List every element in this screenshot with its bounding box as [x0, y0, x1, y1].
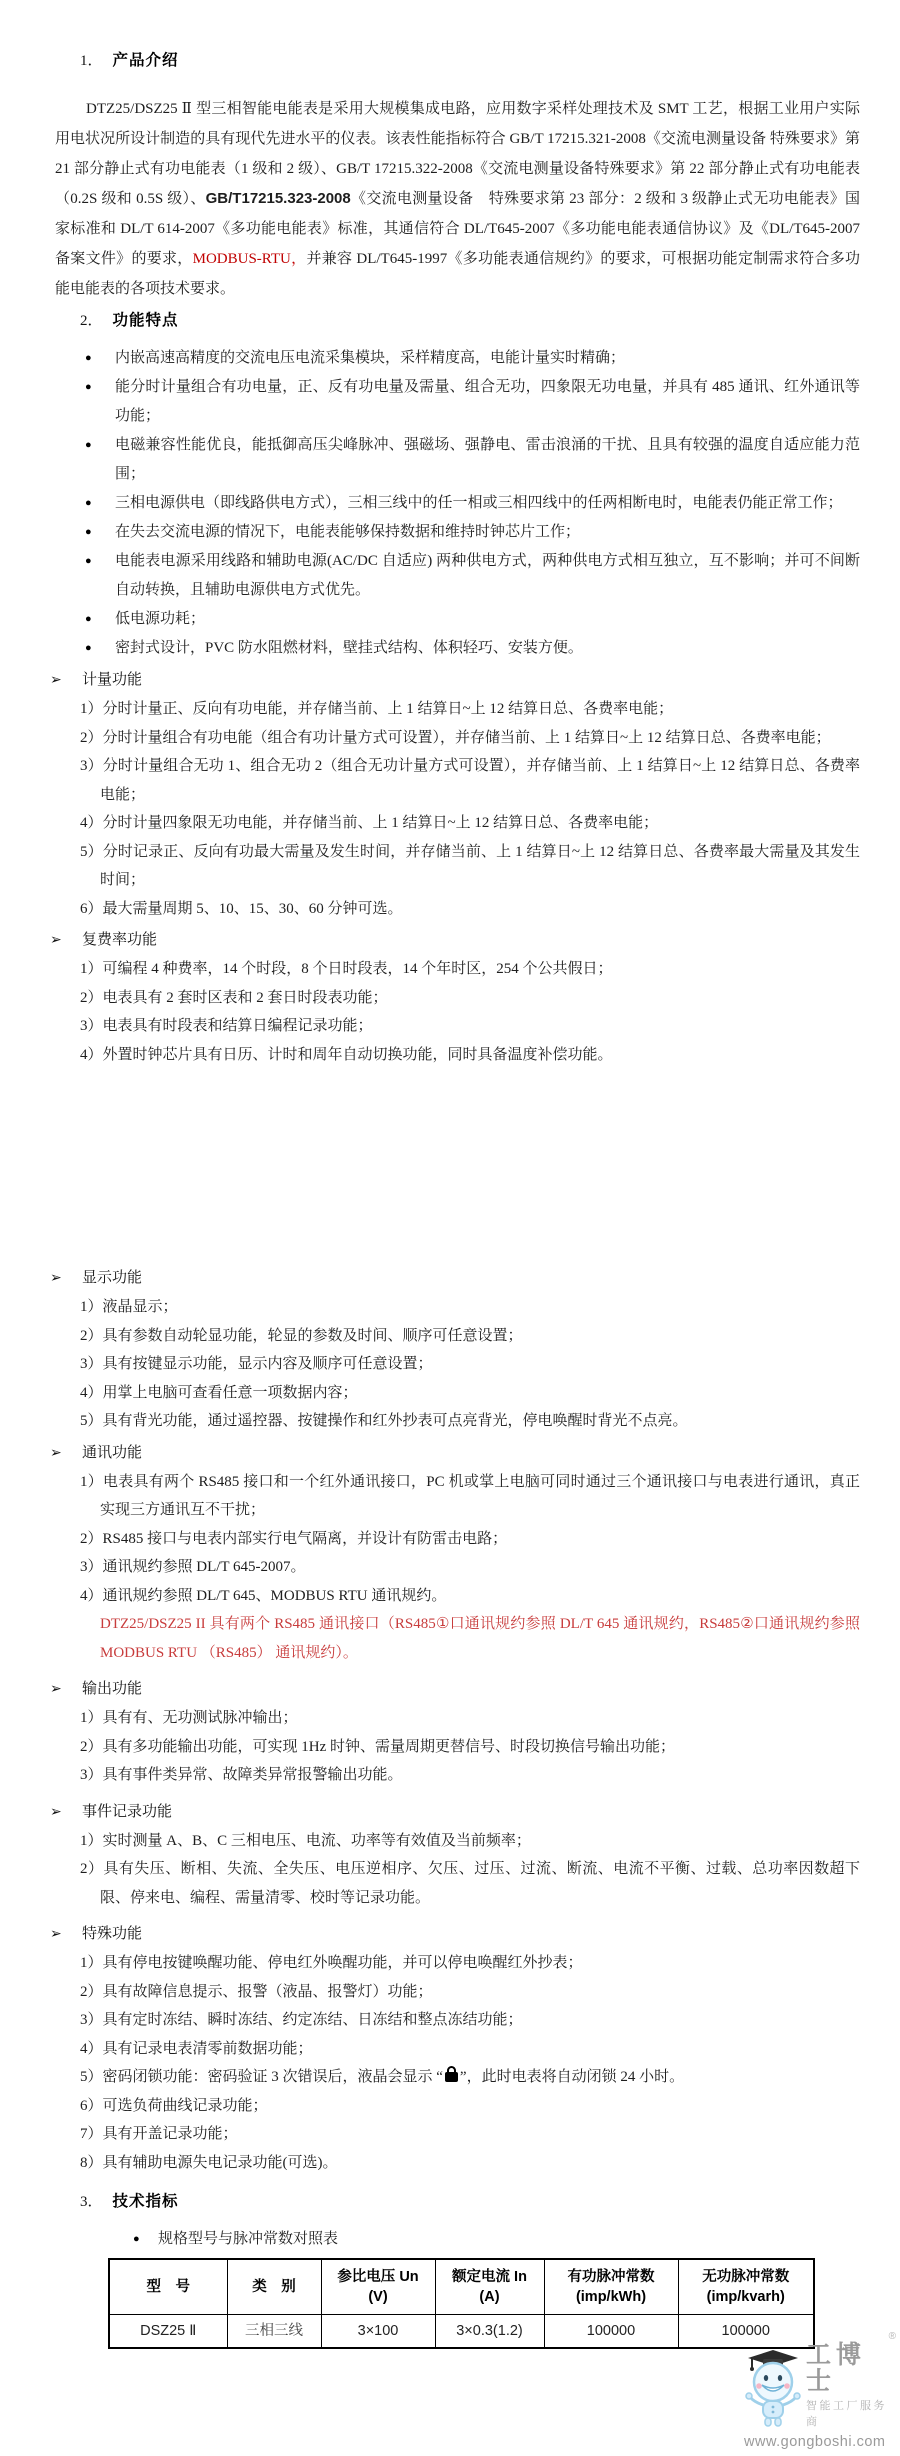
watermark-top-row: ® 工博士 智能工厂服务商	[744, 2331, 894, 2430]
table-header-cell: 有功脉冲常数(imp/kWh)	[544, 2259, 678, 2315]
spec-table: 型 号 类 别 参比电压 Un(V) 额定电流 In(A) 有功脉冲常数(imp…	[108, 2258, 815, 2349]
gongboshi-robot-icon	[744, 2342, 802, 2430]
list-item: 1）可编程 4 种费率，14 个时段，8 个日时段表，14 个年时区，254 个…	[50, 955, 860, 984]
list-item: 3）分时计量组合无功 1、组合无功 2（组合无功计量方式可设置），并存储当前、上…	[50, 752, 860, 809]
intro-paragraph: DTZ25/DSZ25 Ⅱ 型三相智能电能表是采用大规模集成电路，应用数字采样处…	[55, 94, 860, 304]
list-item: 3）具有事件类异常、故障类异常报警输出功能。	[50, 1761, 860, 1790]
list-item: 5）分时记录正、反向有功最大需量及发生时间，并存储当前、上 1 结算日~上 12…	[50, 838, 860, 895]
bullet-icon: ●	[85, 431, 92, 460]
list-item: ●三相电源供电（即线路供电方式），三相三线中的任一相或三相四线中的任两相断电时，…	[50, 489, 860, 518]
list-item: 5）具有背光功能，通过遥控器、按键操作和红外抄表可点亮背光，停电唤醒时背光不点亮…	[50, 1407, 860, 1436]
page-break-gap	[50, 1069, 860, 1261]
subsection-title: 复费率功能	[82, 932, 157, 948]
bullet-icon: ●	[133, 2225, 140, 2254]
list-item: 3）具有定时冻结、瞬时冻结、约定冻结、日冻结和整点冻结功能；	[50, 2006, 860, 2035]
subsection-title: 通讯功能	[82, 1445, 142, 1461]
document-body: 1．产品介绍 DTZ25/DSZ25 Ⅱ 型三相智能电能表是采用大规模集成电路，…	[0, 0, 900, 2349]
table-header-cell: 类 别	[227, 2259, 321, 2315]
table-cell-voltage: 3×100	[321, 2315, 435, 2349]
list-item: 4）具有记录电表清零前数据功能；	[50, 2035, 860, 2064]
arrow-bullet-icon: ➢	[50, 1798, 62, 1827]
bullet-text: 密封式设计，PVC 防水阻燃材料，壁挂式结构、体积轻巧、安装方便。	[115, 640, 583, 656]
list-item: ●电磁兼容性能优良，能抵御高压尖峰脉冲、强磁场、强静电、雷击浪涌的干扰、且具有较…	[50, 431, 860, 489]
table-cell-current: 3×0.3(1.2)	[435, 2315, 544, 2349]
heading-number: 1．	[80, 53, 103, 69]
bullet-icon: ●	[85, 344, 92, 373]
list-item: ●能分时计量组合有功电量，正、反有功电量及需量、组合无功，四象限无功电量，并具有…	[50, 373, 860, 431]
registered-trademark-icon: ®	[889, 2331, 896, 2342]
list-item: ●密封式设计，PVC 防水阻燃材料，壁挂式结构、体积轻巧、安装方便。	[50, 634, 860, 663]
list-item-password-lock: 5）密码闭锁功能：密码验证 3 次错误后，液晶会显示 “”，此时电表将自动闭锁 …	[50, 2063, 860, 2092]
heading-title: 技术指标	[113, 2193, 179, 2210]
section-heading-2: 2．功能特点	[80, 310, 860, 332]
gongboshi-watermark: ® 工博士 智能工厂服务商 www.gongboshi.com	[744, 2331, 894, 2452]
subsection-title-row: ➢输出功能	[50, 1675, 860, 1704]
subsection-title-row: ➢计量功能	[50, 666, 860, 695]
list-item: 2）电表具有 2 套时区表和 2 套日时段表功能；	[50, 984, 860, 1013]
arrow-bullet-icon: ➢	[50, 1264, 62, 1293]
list-item: 2）具有故障信息提示、报警（液晶、报警灯）功能；	[50, 1978, 860, 2007]
table-header-cell: 型 号	[109, 2259, 227, 2315]
heading-number: 3．	[80, 2194, 103, 2210]
arrow-bullet-icon: ➢	[50, 1439, 62, 1468]
subsection-title: 计量功能	[82, 672, 142, 688]
heading-title: 功能特点	[113, 312, 179, 329]
list-item: 6）可选负荷曲线记录功能；	[50, 2092, 860, 2121]
list-item: 6）最大需量周期 5、10、15、30、60 分钟可选。	[50, 895, 860, 924]
feature-list: ●内嵌高速高精度的交流电压电流采集模块，采样精度高，电能计量实时精确； ●能分时…	[50, 344, 860, 663]
bullet-text: 能分时计量组合有功电量，正、反有功电量及需量、组合无功，四象限无功电量，并具有 …	[115, 379, 860, 424]
arrow-bullet-icon: ➢	[50, 666, 62, 695]
table-header-cell: 额定电流 In(A)	[435, 2259, 544, 2315]
header-line1: 额定电流 In	[436, 2267, 544, 2287]
arrow-bullet-icon: ➢	[50, 1675, 62, 1704]
watermark-tagline: 智能工厂服务商	[806, 2398, 894, 2430]
list-item: 4）外置时钟芯片具有日历、计时和周年自动切换功能，同时具备温度补偿功能。	[50, 1041, 860, 1070]
list-item: 1）分时计量正、反向有功电能，并存储当前、上 1 结算日~上 12 结算日总、各…	[50, 695, 860, 724]
list-item: 2）分时计量组合有功电能（组合有功计量方式可设置），并存储当前、上 1 结算日~…	[50, 724, 860, 753]
list-item: 2）具有多功能输出功能，可实现 1Hz 时钟、需量周期更替信号、时段切换信号输出…	[50, 1733, 860, 1762]
watermark-brand: 工博士	[806, 2343, 894, 2395]
header-line2: (imp/kvarh)	[679, 2287, 814, 2307]
document-page: { "page": {"width": 900, "height": 2456,…	[0, 0, 900, 2456]
table-caption-row: ●规格型号与脉冲常数对照表	[50, 2225, 860, 2254]
item-text: ”，此时电表将自动闭锁 24 小时。	[460, 2069, 684, 2085]
subsection-display: ➢显示功能 1）液晶显示； 2）具有参数自动轮显功能，轮显的参数及时间、顺序可任…	[50, 1264, 860, 1436]
table-header-cell: 无功脉冲常数(imp/kvarh)	[678, 2259, 814, 2315]
table-header-cell: 参比电压 Un(V)	[321, 2259, 435, 2315]
bullet-text: 低电源功耗；	[115, 611, 205, 627]
heading-number: 2．	[80, 313, 103, 329]
section-heading-3: 3．技术指标	[80, 2191, 860, 2213]
subsection-tariff: ➢复费率功能 1）可编程 4 种费率，14 个时段，8 个日时段表，14 个年时…	[50, 926, 860, 1069]
list-item: 3）电表具有时段表和结算日编程记录功能；	[50, 1012, 860, 1041]
arrow-bullet-icon: ➢	[50, 926, 62, 955]
header-line1: 型 号	[110, 2277, 227, 2297]
header-line1: 类 别	[228, 2277, 321, 2297]
intro-modbus-red: MODBUS-RTU，	[193, 251, 307, 267]
bullet-icon: ●	[85, 518, 92, 547]
subsection-title-row: ➢事件记录功能	[50, 1798, 860, 1827]
arrow-bullet-icon: ➢	[50, 1920, 62, 1949]
header-line2: (A)	[436, 2287, 544, 2307]
subsection-title-row: ➢特殊功能	[50, 1920, 860, 1949]
table-header-row: 型 号 类 别 参比电压 Un(V) 额定电流 In(A) 有功脉冲常数(imp…	[109, 2259, 814, 2315]
subsection-title-row: ➢复费率功能	[50, 926, 860, 955]
subsection-comm: ➢通讯功能 1）电表具有两个 RS485 接口和一个红外通讯接口，PC 机或掌上…	[50, 1439, 860, 1668]
header-line1: 参比电压 Un	[322, 2267, 435, 2287]
heading-title: 产品介绍	[113, 52, 179, 69]
header-line1: 有功脉冲常数	[545, 2267, 678, 2287]
subsection-title: 事件记录功能	[82, 1804, 172, 1820]
table-cell-active-const: 100000	[544, 2315, 678, 2349]
table-cell-category: 三相三线	[227, 2315, 321, 2349]
subsection-metering: ➢计量功能 1）分时计量正、反向有功电能，并存储当前、上 1 结算日~上 12 …	[50, 666, 860, 923]
list-item: ●内嵌高速高精度的交流电压电流采集模块，采样精度高，电能计量实时精确；	[50, 344, 860, 373]
bullet-text: 电磁兼容性能优良，能抵御高压尖峰脉冲、强磁场、强静电、雷击浪涌的干扰、且具有较强…	[115, 437, 860, 482]
bullet-icon: ●	[85, 605, 92, 634]
header-line1: 无功脉冲常数	[679, 2267, 814, 2287]
watermark-brand-block: ® 工博士 智能工厂服务商	[806, 2331, 894, 2430]
list-item: 1）电表具有两个 RS485 接口和一个红外通讯接口，PC 机或掌上电脑可同时通…	[50, 1468, 860, 1525]
list-item: 2）具有失压、断相、失流、全失压、电压逆相序、欠压、过压、过流、断流、电流不平衡…	[50, 1855, 860, 1912]
header-line2: (imp/kWh)	[545, 2287, 678, 2307]
bullet-text: 内嵌高速高精度的交流电压电流采集模块，采样精度高，电能计量实时精确；	[115, 350, 625, 366]
list-item: 7）具有开盖记录功能；	[50, 2120, 860, 2149]
bullet-icon: ●	[85, 634, 92, 663]
subsection-title: 输出功能	[82, 1681, 142, 1697]
bullet-icon: ●	[85, 547, 92, 576]
bullet-text: 在失去交流电源的情况下，电能表能够保持数据和维持时钟芯片工作；	[115, 524, 580, 540]
item-text: 5）密码闭锁功能：密码验证 3 次错误后，液晶会显示 “	[80, 2069, 443, 2085]
subsection-title: 显示功能	[82, 1270, 142, 1286]
list-item: 1）具有有、无功测试脉冲输出；	[50, 1704, 860, 1733]
bullet-icon: ●	[85, 373, 92, 402]
list-item: 1）具有停电按键唤醒功能、停电红外唤醒功能，并可以停电唤醒红外抄表；	[50, 1949, 860, 1978]
watermark-url: www.gongboshi.com	[744, 2432, 894, 2452]
subsection-special: ➢特殊功能 1）具有停电按键唤醒功能、停电红外唤醒功能，并可以停电唤醒红外抄表；…	[50, 1920, 860, 2177]
list-item: 1）液晶显示；	[50, 1293, 860, 1322]
table-caption: 规格型号与脉冲常数对照表	[158, 2231, 338, 2247]
list-item: 4）用掌上电脑可查看任意一项数据内容；	[50, 1379, 860, 1408]
intro-standard-bold: GB/T17215.323-2008	[206, 190, 351, 207]
bullet-text: 三相电源供电（即线路供电方式），三相三线中的任一相或三相四线中的任两相断电时，电…	[115, 495, 843, 511]
subsection-title-row: ➢通讯功能	[50, 1439, 860, 1468]
list-item: 4）分时计量四象限无功电能，并存储当前、上 1 结算日~上 12 结算日总、各费…	[50, 809, 860, 838]
subsection-title: 特殊功能	[82, 1926, 142, 1942]
list-item: 4）通讯规约参照 DL/T 645、MODBUS RTU 通讯规约。	[50, 1582, 860, 1611]
header-line2: (V)	[322, 2287, 435, 2307]
table-cell-model: DSZ25 Ⅱ	[109, 2315, 227, 2349]
subsection-output: ➢输出功能 1）具有有、无功测试脉冲输出； 2）具有多功能输出功能，可实现 1H…	[50, 1675, 860, 1790]
list-item: ●低电源功耗；	[50, 605, 860, 634]
list-item: 8）具有辅助电源失电记录功能(可选)。	[50, 2149, 860, 2178]
table-row: DSZ25 Ⅱ 三相三线 3×100 3×0.3(1.2) 100000 100…	[109, 2315, 814, 2349]
list-item: ●在失去交流电源的情况下，电能表能够保持数据和维持时钟芯片工作；	[50, 518, 860, 547]
list-item: 3）具有按键显示功能，显示内容及顺序可任意设置；	[50, 1350, 860, 1379]
list-item: 3）通讯规约参照 DL/T 645-2007。	[50, 1553, 860, 1582]
bullet-text: 电能表电源采用线路和辅助电源(AC/DC 自适应) 两种供电方式，两种供电方式相…	[115, 553, 860, 598]
subsection-title-row: ➢显示功能	[50, 1264, 860, 1293]
list-item: 2）RS485 接口与电表内部实行电气隔离，并设计有防雷击电路；	[50, 1525, 860, 1554]
lock-icon	[445, 2072, 458, 2082]
comm-red-note: DTZ25/DSZ25 II 具有两个 RS485 通讯接口（RS485①口通讯…	[50, 1610, 860, 1667]
bullet-icon: ●	[85, 489, 92, 518]
subsection-events: ➢事件记录功能 1）实时测量 A、B、C 三相电压、电流、功率等有效值及当前频率…	[50, 1798, 860, 1913]
section-heading-1: 1．产品介绍	[80, 50, 860, 72]
list-item: 2）具有参数自动轮显功能，轮显的参数及时间、顺序可任意设置；	[50, 1322, 860, 1351]
list-item: ●电能表电源采用线路和辅助电源(AC/DC 自适应) 两种供电方式，两种供电方式…	[50, 547, 860, 605]
list-item: 1）实时测量 A、B、C 三相电压、电流、功率等有效值及当前频率；	[50, 1827, 860, 1856]
